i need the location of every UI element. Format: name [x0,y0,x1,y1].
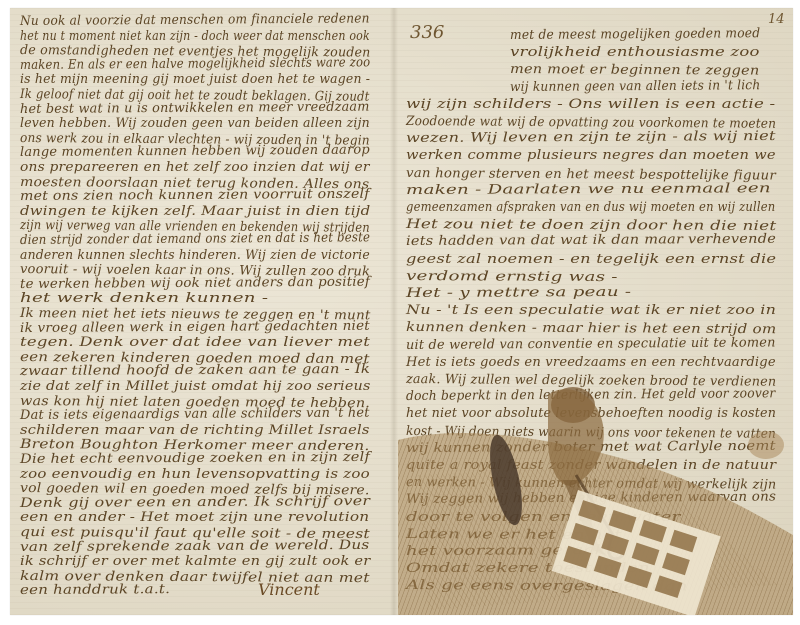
handwritten-line: te werken hebben wij ook niet anders dan… [20,274,370,291]
handwritten-line: dwingen te kijken zelf. Maar juist in di… [20,204,370,219]
handwritten-line: met ons zien noch kunnen zien voorruit o… [20,187,370,204]
handwritten-line: wij zijn schilders - Ons willen is een a… [406,97,775,112]
handwritten-line: doch beperkt in den letterlijken zin. He… [406,386,776,404]
handwritten-line: Het is iets goeds en vreedzaams en een r… [406,355,776,370]
archive-number: 336 [410,22,444,43]
handwritten-line: een en ander - Het moet zijn une revolut… [20,510,369,525]
handwritten-line: ik vroeg alleen werk in eigen hart gedac… [20,318,370,335]
handwritten-line: het nu t moment niet kan zijn - doch wee… [20,29,370,44]
handwritten-line: vrolijkheid enthousiasme zoo [510,45,760,60]
handwritten-line: uit de wereld van conventie en speculati… [406,335,776,353]
handwritten-line: zoo eenvoudig en hun levensopvatting is … [20,467,370,482]
handwritten-line: leven hebben. Wij zouden geen van beiden… [20,116,370,131]
handwritten-line: iets hadden van dat wat ik dan maar verh… [406,232,776,249]
handwritten-line: Denk gij over een en ander. Ik schrijf o… [20,494,370,511]
handwritten-line: men moet er beginnen te zeggen [510,62,760,79]
handwritten-line: tegen. Denk over dat idee van liever met [20,335,370,350]
handwritten-line: Het - y mettre sa peau - [406,285,631,301]
handwritten-line: zie dat zelf in Millet juist omdat hij z… [20,379,371,394]
handwritten-line: wezen. Wij leven en zijn te zijn - als w… [406,129,776,146]
handwritten-line: het best wat in u is ontwikkelen en meer… [20,99,370,116]
handwritten-line: gemeenzamen afspraken van en dus wij moe… [406,200,775,215]
handwritten-line: wij kunnen geen van allen iets in 't lic… [510,78,760,95]
handwritten-line: anderen kunnen slechts hinderen. Wij zie… [20,248,370,263]
handwritten-line: van zelf sprekende zaak van de wereld. D… [20,538,370,555]
handwritten-line: een handdruk t.a.t. [20,582,170,598]
handwritten-line: geest zal noemen - en tegelijk een ernst… [406,252,776,267]
handwritten-line: werken comme plusieurs negres dan moeten… [406,148,776,163]
page-fold [390,8,398,615]
handwritten-line: Laten we er het en het [406,527,622,543]
handwritten-line: door te volgen en teen water [406,510,681,525]
handwritten-line: Nu - 't Is een speculatie wat ik er niet… [406,303,776,318]
right-page: 336 14 met de meest mogelijken goeden mo… [398,8,793,615]
handwritten-line: Dat is iets eigenaardigs van alle schild… [20,406,370,423]
handwritten-line: het niet voor absolute levensbehoeften n… [406,406,776,421]
handwritten-line: verdomd ernstig was - [406,269,618,285]
handwritten-line: Die het echt eenvoudige zoeken en in zij… [20,450,370,467]
handwritten-line: Wij zeggen wij hebben eenige kinderen wa… [406,490,776,507]
handwritten-line: zwaar tillend hoofd de zaken aan te gaan… [20,362,370,379]
handwritten-line: lange momenten kunnen hebben wij zouden … [20,143,370,160]
handwritten-line: Omdat zekere toestanden [406,561,650,576]
handwritten-line: ik schrijf er over met kalmte en gij zul… [20,554,371,569]
handwritten-line: dien strijd zonder dat iemand ons ziet e… [20,230,370,248]
left-page: Nu ook al voorzie dat menschen om financ… [10,8,390,615]
handwritten-line: het voorzaam geraakt [406,543,614,559]
handwritten-line: schilderen maar van de richting Millet I… [20,423,370,438]
handwritten-line: het werk denken kunnen - [20,291,268,306]
handwritten-line: quite a royal feast zonder wandelen in d… [406,458,776,473]
handwritten-line: Nu ook al voorzie dat menschen om financ… [20,11,370,29]
handwritten-line: maken - Daarlaten we nu eenmaal een [406,181,771,198]
handwritten-line: Als ge eens overgeslagen dan [406,578,688,594]
handwritten-line: wij kunnen zonder boter met wat Carlyle … [406,439,776,456]
signature: Vincent [258,580,320,599]
handwritten-line: met de meest mogelijken goeden moed [510,26,760,43]
page-number: 14 [768,12,785,27]
handwritten-line: is het mijn meening gij moet juist doen … [20,72,370,87]
handwritten-line: maken. En als er een halve mogelijkheid … [20,55,370,73]
handwritten-line: ons prepareeren en het zelf zoo inzien d… [20,160,370,175]
